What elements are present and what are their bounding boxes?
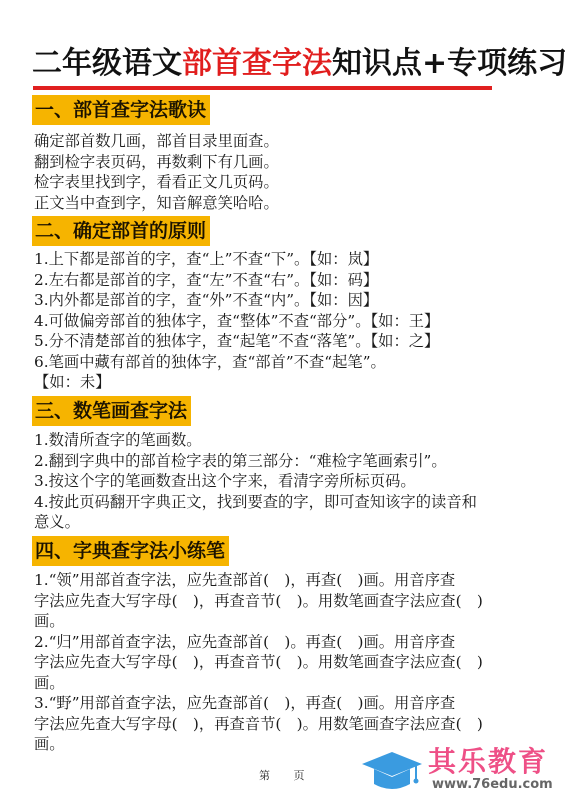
verse-line: 检字表里找到字，看看正文几页码。 bbox=[34, 172, 279, 193]
section-heading-2: 二、确定部首的原则 bbox=[32, 216, 210, 246]
rule-line: 2.左右都是部首的字，查“左”不查“右”。【如：码】 bbox=[34, 270, 439, 291]
step-line: 2.翻到字典中的部首检字表的第三部分：“难检字笔画索引”。 bbox=[34, 451, 477, 472]
verse-line: 确定部首数几画，部首目录里面查。 bbox=[34, 131, 279, 152]
graduation-cap-icon bbox=[360, 748, 422, 792]
section-1-body: 确定部首数几画，部首目录里面查。 翻到检字表页码，再数剩下有几画。 检字表里找到… bbox=[34, 131, 279, 213]
exercise-line: 1.“领”用部首查字法，应先查部首( )，再查( )画。用音序查 bbox=[34, 570, 483, 591]
rule-line: 5.分不清楚部首的独体字，查“起笔”不查“落笔”。【如：之】 bbox=[34, 331, 439, 352]
section-3-body: 1.数清所查字的笔画数。 2.翻到字典中的部首检字表的第三部分：“难检字笔画索引… bbox=[34, 430, 477, 533]
brand-logo: 其乐教育 www.76edu.com bbox=[360, 744, 560, 796]
step-line: 1.数清所查字的笔画数。 bbox=[34, 430, 477, 451]
exercise-line: 字法应先查大写字母( )，再查音节( )。用数笔画查字法应查( ) bbox=[34, 714, 483, 735]
verse-line: 正文当中查到字，知音解意笑哈哈。 bbox=[34, 193, 279, 214]
step-line: 4.按此页码翻开字典正文，找到要查的字，即可查知该字的读音和 bbox=[34, 492, 477, 513]
rule-line: 3.内外都是部首的字，查“外”不查“内”。【如：因】 bbox=[34, 290, 439, 311]
title-highlight: 部首查字法 bbox=[182, 46, 332, 81]
exercise-line: 3.“野”用部首查字法，应先查部首( )，再查( )画。用音序查 bbox=[34, 693, 483, 714]
rule-line: 【如：未】 bbox=[34, 372, 439, 393]
verse-line: 翻到检字表页码，再数剩下有几画。 bbox=[34, 152, 279, 173]
exercise-line: 画。 bbox=[34, 611, 483, 632]
section-2-body: 1.上下都是部首的字，查“上”不查“下”。【如：岚】 2.左右都是部首的字，查“… bbox=[34, 249, 439, 393]
section-4-body: 1.“领”用部首查字法，应先查部首( )，再查( )画。用音序查 字法应先查大写… bbox=[34, 570, 483, 755]
rule-line: 6.笔画中藏有部首的独体字，查“部首”不查“起笔”。 bbox=[34, 352, 439, 373]
page-title: 二年级语文部首查字法知识点+专项练习 bbox=[32, 44, 537, 84]
step-line: 3.按这个字的笔画数查出这个字来，看清字旁所标页码。 bbox=[34, 471, 477, 492]
title-suffix: 知识点+专项练习 bbox=[332, 46, 565, 81]
section-heading-3: 三、数笔画查字法 bbox=[32, 396, 191, 426]
page-footer: 第 页 bbox=[259, 767, 315, 783]
exercise-line: 字法应先查大写字母( )，再查音节( )。用数笔画查字法应查( ) bbox=[34, 652, 483, 673]
rule-line: 1.上下都是部首的字，查“上”不查“下”。【如：岚】 bbox=[34, 249, 439, 270]
brand-name: 其乐教育 bbox=[428, 740, 548, 780]
exercise-line: 画。 bbox=[34, 673, 483, 694]
rule-line: 4.可做偏旁部首的独体字，查“整体”不查“部分”。【如：王】 bbox=[34, 311, 439, 332]
title-prefix: 二年级语文 bbox=[32, 46, 182, 81]
exercise-line: 字法应先查大写字母( )，再查音节( )。用数笔画查字法应查( ) bbox=[34, 591, 483, 612]
section-heading-4: 四、字典查字法小练笔 bbox=[32, 536, 229, 566]
section-heading-1: 一、部首查字法歌诀 bbox=[32, 95, 210, 125]
exercise-line: 2.“归”用部首查字法，应先查部首( )。再查( )画。用音序查 bbox=[34, 632, 483, 653]
title-underline bbox=[33, 86, 492, 90]
step-line: 意义。 bbox=[34, 512, 477, 533]
brand-url: www.76edu.com bbox=[432, 777, 553, 792]
